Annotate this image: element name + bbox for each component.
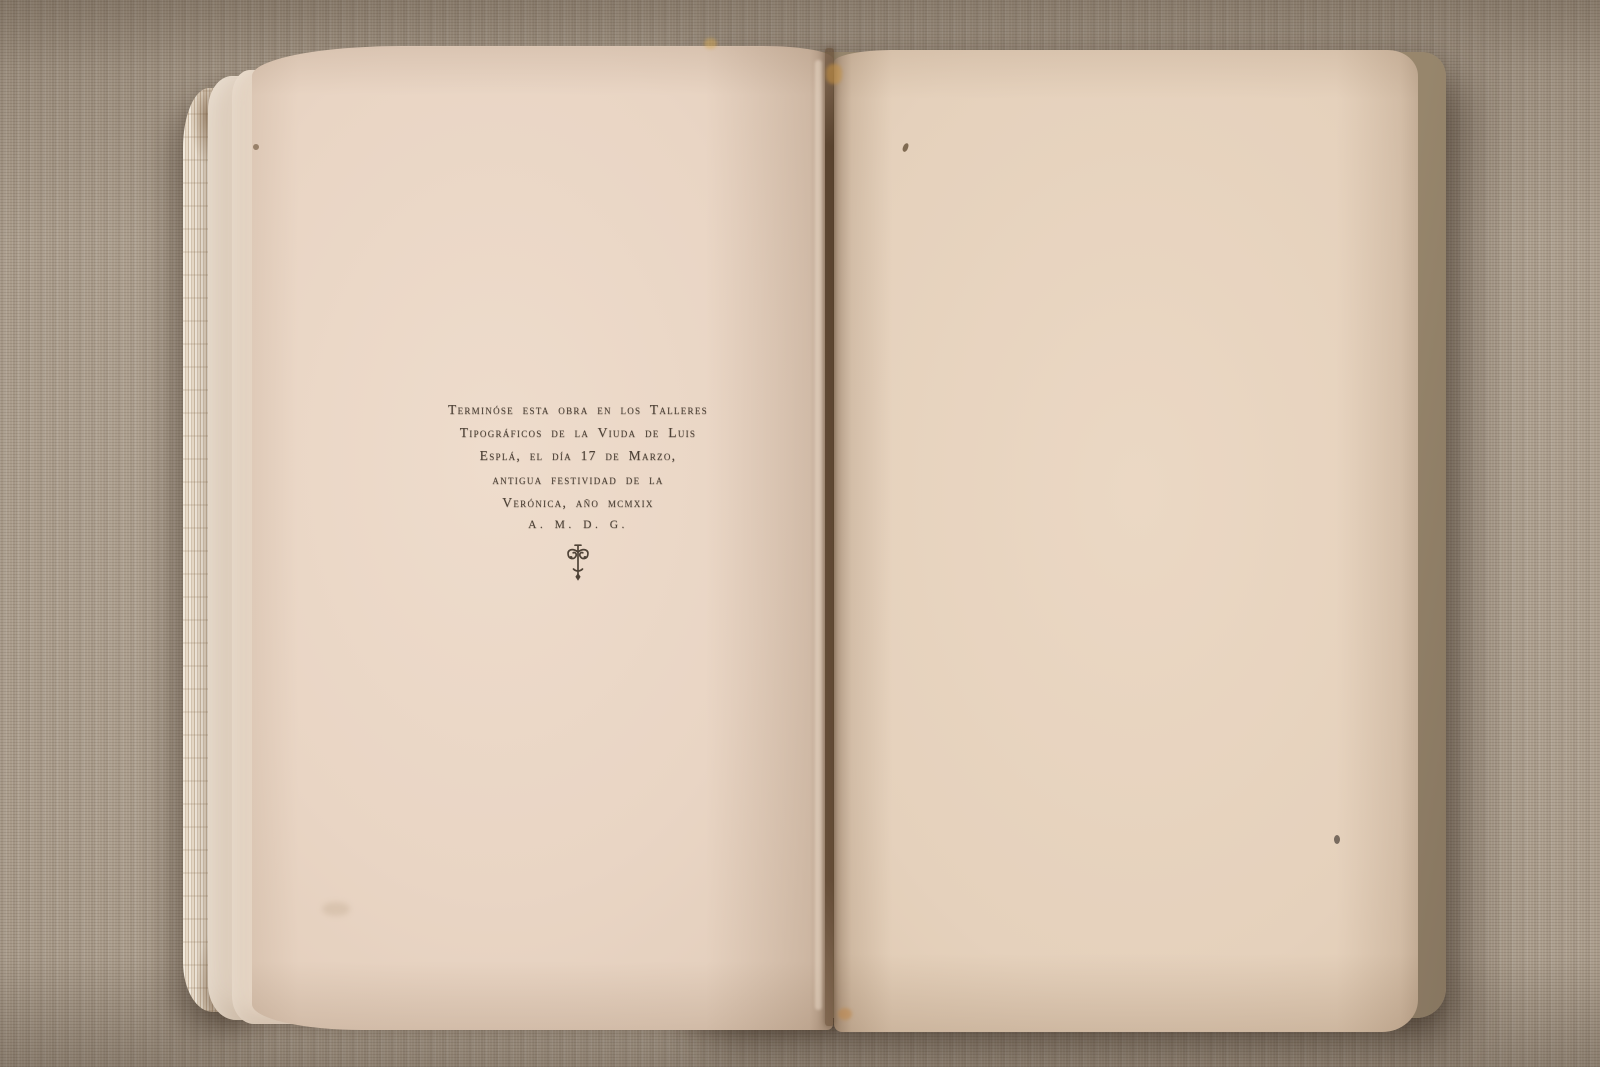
photo-open-book-on-linen: Terminóse esta obra en los Talleres Tipo…: [0, 0, 1600, 1067]
colophon-dedication: A. M. D. G.: [408, 514, 748, 537]
colophon-text-block: Terminóse esta obra en los Talleres Tipo…: [408, 398, 748, 582]
paper-speck: [1334, 835, 1340, 844]
colophon-line: Tipográficos de la Viuda de Luis: [408, 421, 748, 444]
colophon-line: antigua festividad de la: [408, 468, 748, 491]
printers-mark-icon: [408, 542, 748, 582]
stain-amber-gutter-bottom: [838, 1008, 852, 1020]
colophon-line: Verónica, año mcmxix: [408, 491, 748, 514]
gutter-highlight: [815, 60, 822, 1010]
colophon-line: Terminóse esta obra en los Talleres: [408, 398, 748, 421]
colophon-line: Esplá, el día 17 de Marzo,: [408, 444, 748, 467]
paper-smudge: [322, 902, 350, 916]
stain-yellow-top-edge: [704, 38, 717, 49]
right-page: [834, 50, 1418, 1032]
paper-speck: [253, 144, 259, 150]
book-gutter-shadow: [825, 48, 834, 1026]
stain-amber-gutter-top: [826, 64, 842, 84]
